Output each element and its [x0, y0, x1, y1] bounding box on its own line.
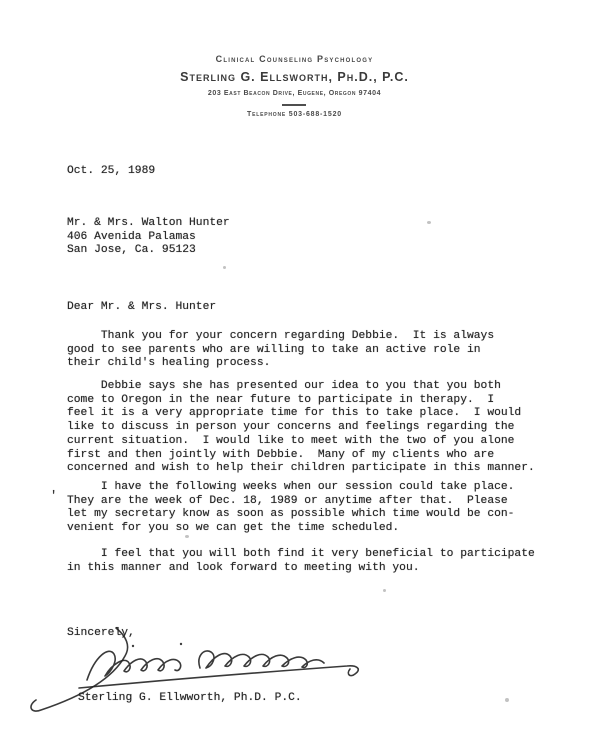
- salutation: Dear Mr. & Mrs. Hunter: [67, 301, 216, 315]
- scan-speck: [427, 221, 431, 224]
- scan-speck: [505, 698, 509, 702]
- typed-signature-name: Sterling G. Ellwworth, Ph.D. P.C.: [78, 692, 302, 706]
- signature-second-word: [199, 651, 324, 668]
- scan-speck: [383, 589, 386, 592]
- letter-date: Oct. 25, 1989: [67, 165, 155, 179]
- paragraph-2: Debbie says she has presented our idea t…: [67, 380, 535, 476]
- scan-speck: [223, 266, 226, 269]
- scan-stray-mark: ': [50, 490, 57, 504]
- letterhead-address: 203 East Beacon Drive, Eugene, Oregon 97…: [0, 90, 595, 97]
- signature-first-word: [87, 651, 181, 680]
- letterhead-divider: [282, 104, 306, 106]
- paragraph-4: I feel that you will both find it very b…: [67, 548, 535, 575]
- recipient-address: Mr. & Mrs. Walton Hunter 406 Avenida Pal…: [67, 217, 230, 258]
- paragraph-3: I have the following weeks when our sess…: [67, 481, 514, 536]
- letter-page: Clinical Counseling Psychology Sterling …: [0, 0, 601, 744]
- signature-cross-stroke: [79, 666, 358, 688]
- signature-i-dot: [132, 645, 134, 647]
- paragraph-1: Thank you for your concern regarding Deb…: [67, 330, 494, 371]
- scan-speck: [185, 535, 189, 538]
- letterhead-name: Sterling G. Ellsworth, Ph.D., P.C.: [0, 70, 595, 84]
- letterhead-telephone: Telephone 503-688-1520: [0, 111, 595, 118]
- signature-i-dot: [180, 643, 182, 645]
- letterhead-specialty: Clinical Counseling Psychology: [0, 54, 595, 64]
